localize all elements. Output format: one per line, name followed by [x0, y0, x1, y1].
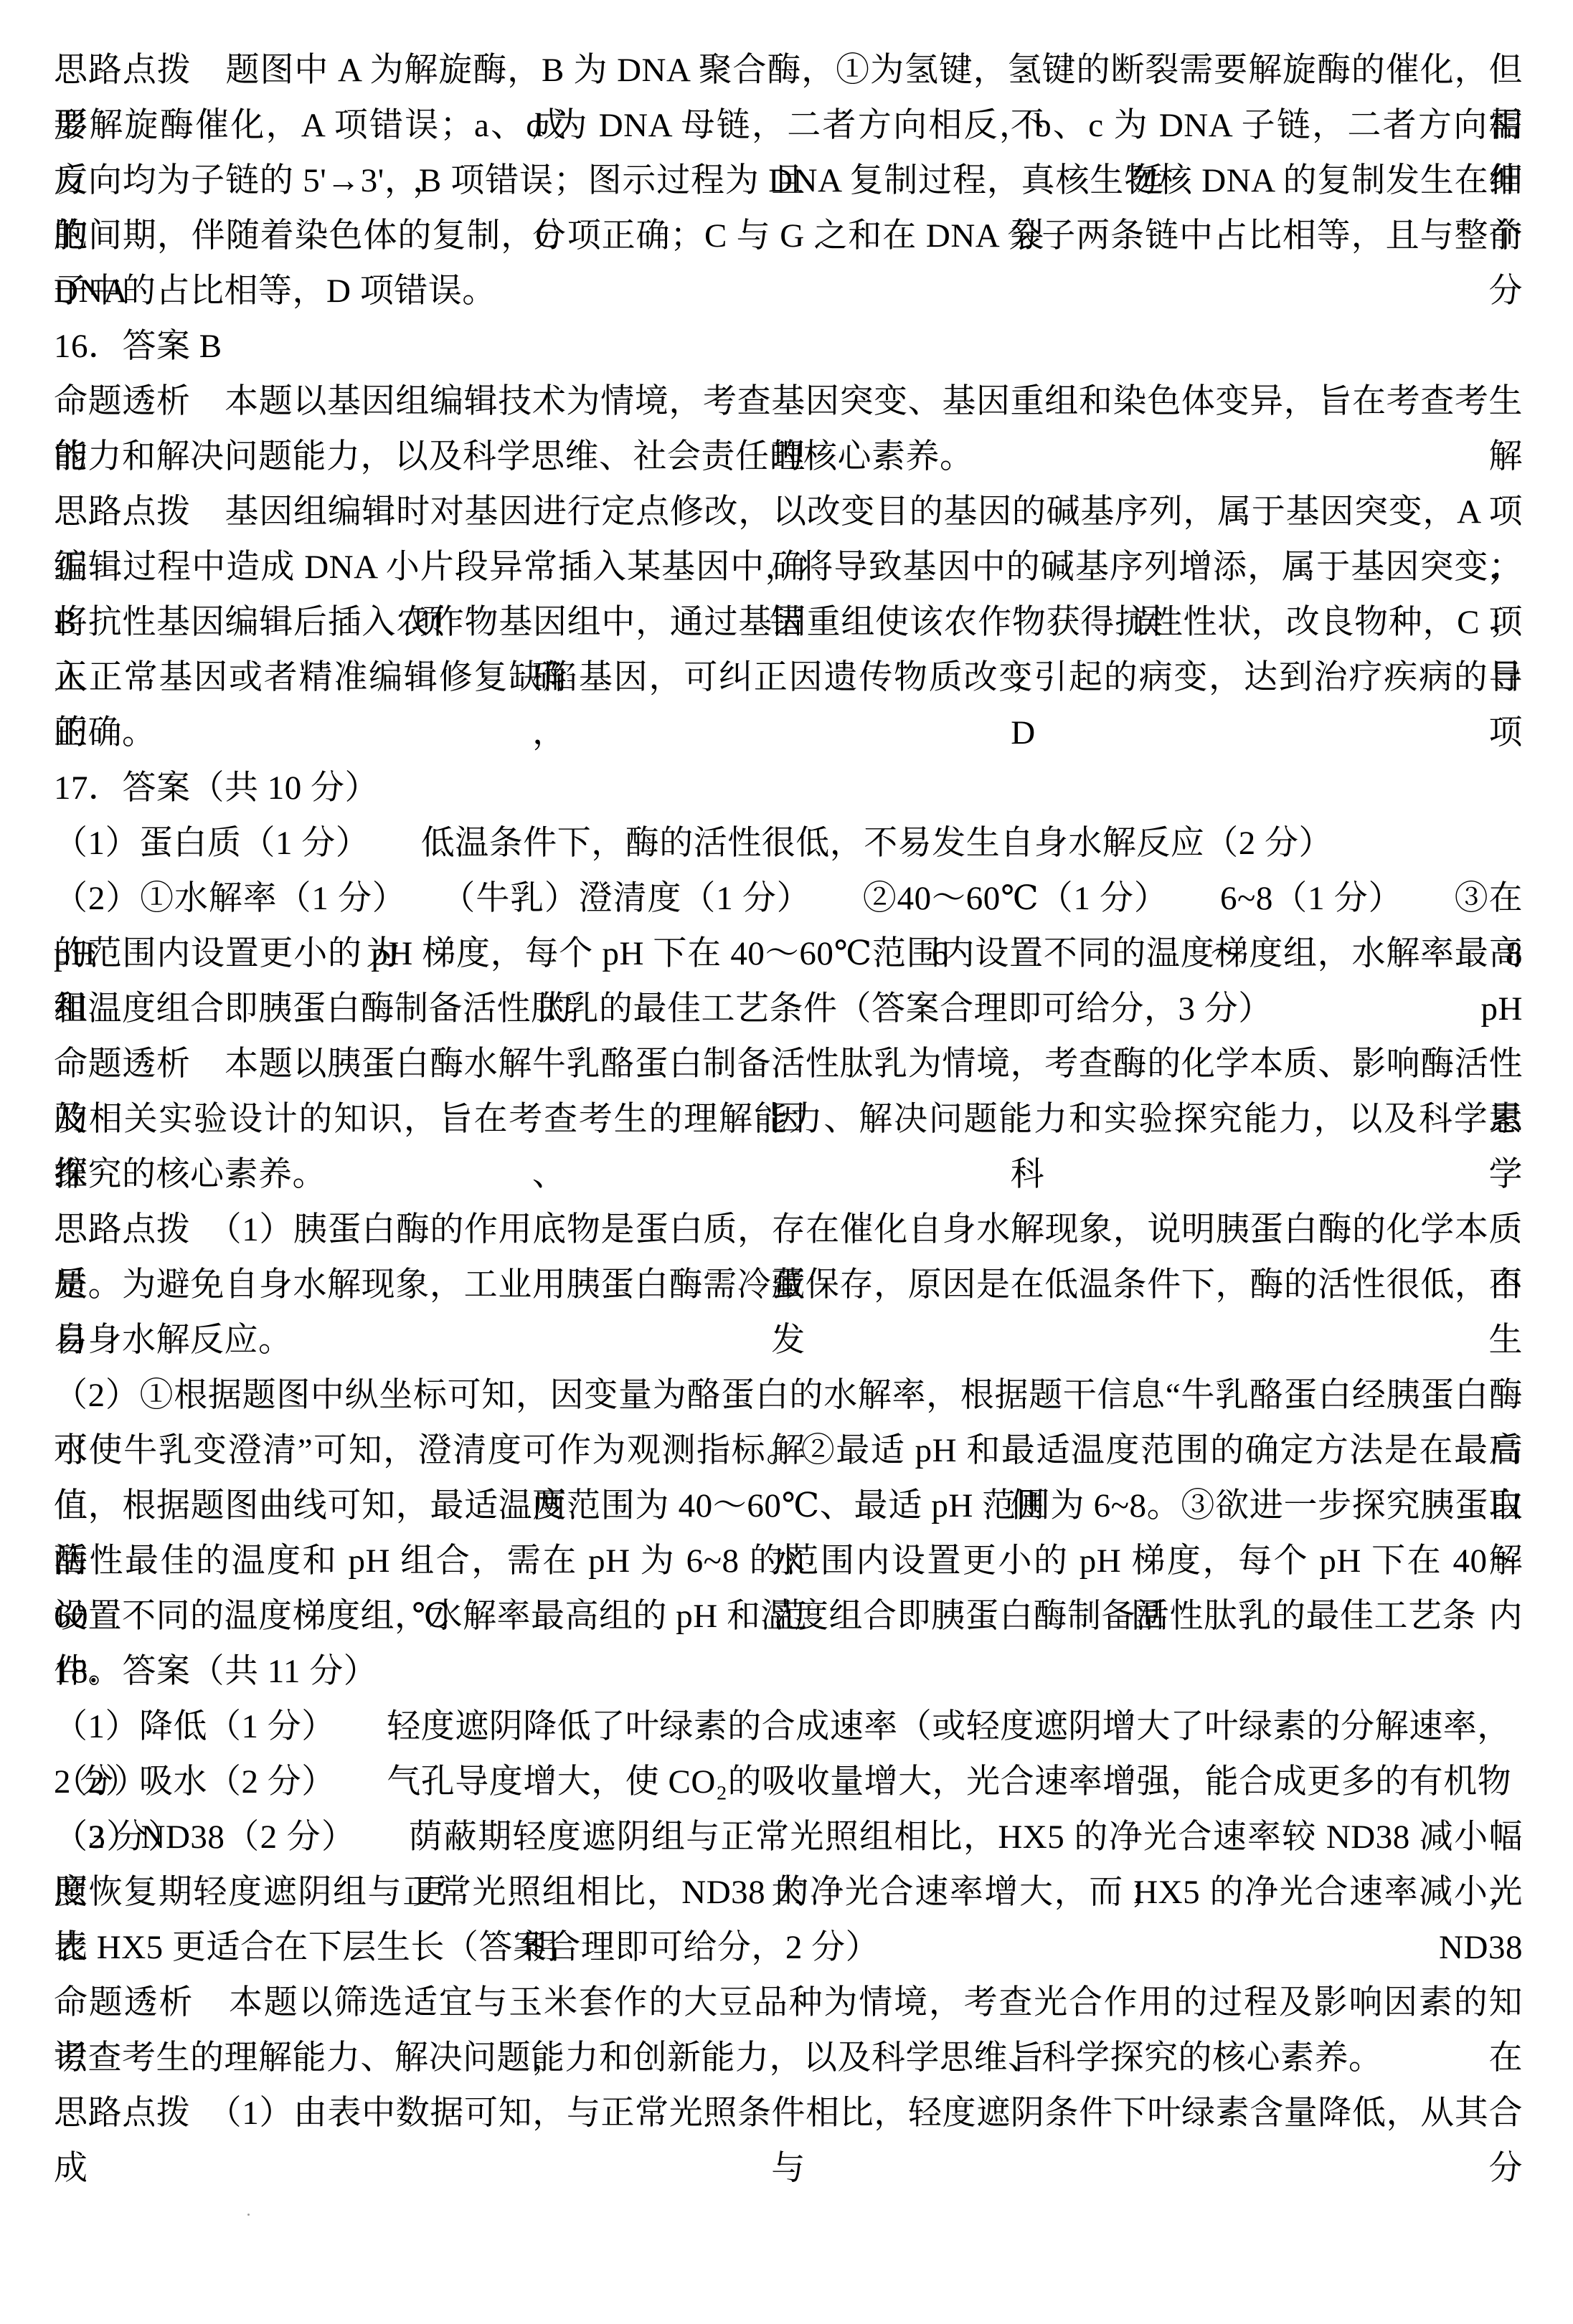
text-line: 命题透析 本题以胰蛋白酶水解牛乳酪蛋白制备活性肽乳为情境，考查酶的化学本质、影响… [54, 1037, 1523, 1092]
text-line: 考查考生的理解能力、解决问题能力和创新能力，以及科学思维、科学探究的核心素养。 [54, 2031, 1523, 2086]
text-line: 的间期，伴随着染色体的复制，C 项正确；C 与 G 之和在 DNA 分子两条链中… [54, 209, 1523, 264]
document-page: 思路点拨 题图中 A 为解旋酶，B 为 DNA 聚合酶，①为氢键，氢键的断裂需要… [0, 0, 1573, 2324]
text-line: 值，根据题图曲线可知，最适温度范围为 40～60℃、最适 pH 范围为 6~8。… [54, 1479, 1523, 1534]
text-line: 将抗性基因编辑后插入农作物基因组中，通过基因重组使该农作物获得抗性性状，改良物种… [54, 595, 1523, 650]
text-line: 思路点拨 题图中 A 为解旋酶，B 为 DNA 聚合酶，①为氢键，氢键的断裂需要… [54, 43, 1523, 98]
text-line: （2）①根据题图中纵坐标可知，因变量为酪蛋白的水解率，根据题干信息“牛乳酪蛋白经… [54, 1368, 1523, 1423]
text-line: 入正常基因或者精准编辑修复缺陷基因，可纠正因遗传物质改变引起的病变，达到治疗疾病… [54, 650, 1523, 706]
text-line: 思路点拨 （1）胰蛋白酶的作用底物是蛋白质，存在催化自身水解现象，说明胰蛋白酶的… [54, 1203, 1523, 1258]
scan-artifact-dot [247, 2214, 250, 2216]
text-line: （1）蛋白质（1 分） 低温条件下，酶的活性很低，不易发生自身水解反应（2 分） [54, 816, 1523, 871]
text-line: （3）ND38（2 分） 荫蔽期轻度遮阴组与正常光照组相比，HX5 的净光合速率… [54, 1810, 1523, 1865]
text-line: 命题透析 本题以基因组编辑技术为情境，考查基因突变、基因重组和染色体变异，旨在考… [54, 374, 1523, 430]
text-line: 照恢复期轻度遮阴组与正常光照组相比，ND38 的净光合速率增大，而 HX5 的净… [54, 1865, 1523, 1920]
text-line: （2）吸水（2 分） 气孔导度增大，使 CO₂的吸收量增大，光合速率增强，能合成… [54, 1755, 1523, 1810]
text-line: 设置不同的温度梯度组，水解率最高组的 pH 和温度组合即胰蛋白酶制备活性肽乳的最… [54, 1589, 1523, 1644]
text-line: （2）①水解率（1 分） （牛乳）澄清度（1 分） ②40～60℃（1 分） 6… [54, 871, 1523, 926]
text-line: 编辑过程中造成 DNA 小片段异常插入某基因中，将导致基因中的碱基序列增添，属于… [54, 540, 1523, 595]
text-line: （1）降低（1 分） 轻度遮阴降低了叶绿素的合成速率（或轻度遮阴增大了叶绿素的分… [54, 1699, 1523, 1755]
text-line: 活性最佳的温度和 pH 组合，需在 pH 为 6~8 的范围内设置更小的 pH … [54, 1534, 1523, 1589]
answer-heading-q18: 18．答案（共 11 分） [54, 1644, 1523, 1699]
answer-heading-q16: 16．答案 B [54, 319, 1523, 374]
text-line: 思路点拨 （1）由表中数据可知，与正常光照条件相比，轻度遮阴条件下叶绿素含量降低… [54, 2086, 1523, 2141]
answer-key-text-block: 思路点拨 题图中 A 为解旋酶，B 为 DNA 聚合酶，①为氢键，氢键的断裂需要… [54, 43, 1523, 2141]
text-line: 思路点拨 基因组编辑时对基因进行定点修改，以改变目的基因的碱基序列，属于基因突变… [54, 485, 1523, 540]
answer-heading-q17: 17．答案（共 10 分） [54, 761, 1523, 816]
text-line: 要解旋酶催化，A 项错误；a、d 为 DNA 母链，二者方向相反，b、c 为 D… [54, 98, 1523, 153]
text-line: 命题透析 本题以筛选适宜与玉米套作的大豆品种为情境，考查光合作用的过程及影响因素… [54, 1976, 1523, 2031]
text-line: 的范围内设置更小的 pH 梯度，每个 pH 下在 40～60℃范围内设置不同的温… [54, 926, 1523, 982]
text-line: 方向均为子链的 5'→3'，B 项错误；图示过程为 DNA 复制过程，真核生物核… [54, 153, 1523, 209]
text-line: 可使牛乳变澄清”可知，澄清度可作为观测指标。②最适 pH 和最适温度范围的确定方… [54, 1423, 1523, 1479]
text-line: 及相关实验设计的知识，旨在考查考生的理解能力、解决问题能力和实验探究能力，以及科… [54, 1092, 1523, 1147]
text-line: 质。为避免自身水解现象，工业用胰蛋白酶需冷藏保存，原因是在低温条件下，酶的活性很… [54, 1258, 1523, 1313]
